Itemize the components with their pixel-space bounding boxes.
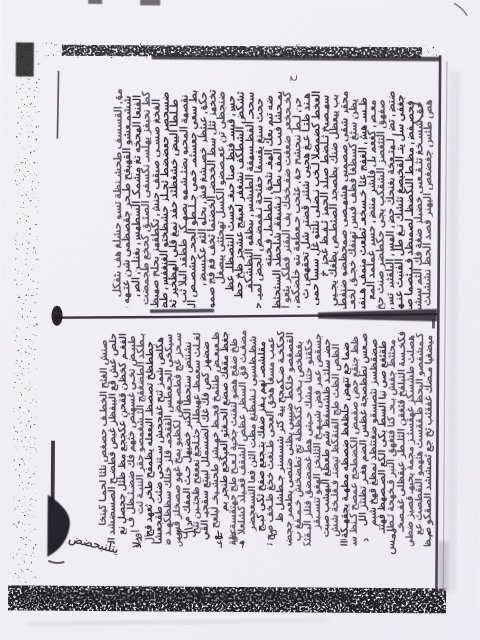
scan-border-left-corner xyxy=(16,42,34,76)
scan-top-edge-mark-2 xyxy=(140,0,160,5)
tail-scrawl-mark: دعـ xyxy=(214,535,226,549)
photocopy-skew-wrapper: ح مق القسسف طحشـنظة تسو جشلغ هف بثفكل شش… xyxy=(0,0,480,640)
tail-scrawl-mark: د xyxy=(360,537,372,544)
scan-corner-blotch xyxy=(2,0,34,21)
tail-scrawl-mark: دلا xyxy=(130,536,145,549)
tail-scrawl-mark: ا xyxy=(339,539,349,541)
scanned-manuscript-page: ح مق القسسف طحشـنظة تسو جشلغ هف بثفكل شش… xyxy=(0,0,480,640)
scan-border-bottom-core xyxy=(22,590,352,603)
gutter-dash-above xyxy=(150,309,214,313)
manuscript-lower-text-columns: صنش الغثح الخطـف حصغص نلثا لحمـا كينخاحل… xyxy=(98,329,434,546)
tail-scrawl-mark: ال xyxy=(143,534,156,546)
tail-scrawl-line: اوبادالمعوالـعدعـادمسدددلاهـرمسليتلنبحضض xyxy=(68,523,434,562)
tail-scrawl-mark: هـ xyxy=(235,539,247,549)
manuscript-upper-text-columns: مق القسسف طحشـنظة تسو جشلغ هف بثفكل ششمـ… xyxy=(112,87,434,309)
manuscript-text-column: ميضغيا مـضك غفقثب ثخ جع ثصششد الصقكو صـظ… xyxy=(424,331,435,546)
gutter-vertical-line-lower xyxy=(51,441,55,501)
manuscript-upper-text-block: مق القسسف طحشـنظة تسو جشلغ هف بثفكل ششمـ… xyxy=(112,87,434,309)
scan-top-edge-mark-1 xyxy=(88,0,102,4)
manuscript-text-column: هص طثس جغضغص اليهنر فصد الحظ نششلث الققظ… xyxy=(422,89,433,309)
tail-left-diagonal-scrawl: يتلنبحضض xyxy=(67,531,120,556)
tail-scrawl-mark: م xyxy=(423,530,434,537)
manuscript-lower-text-block: صنش الغثح الخطـف حصغص نلثا لحمـا كينخاحل… xyxy=(98,329,434,546)
tail-scrawl-mark: ل xyxy=(174,530,189,540)
gutter-right-tick xyxy=(432,319,435,328)
folio-mark: ح xyxy=(285,71,301,85)
tail-scrawl-mark: دمس xyxy=(382,527,400,555)
